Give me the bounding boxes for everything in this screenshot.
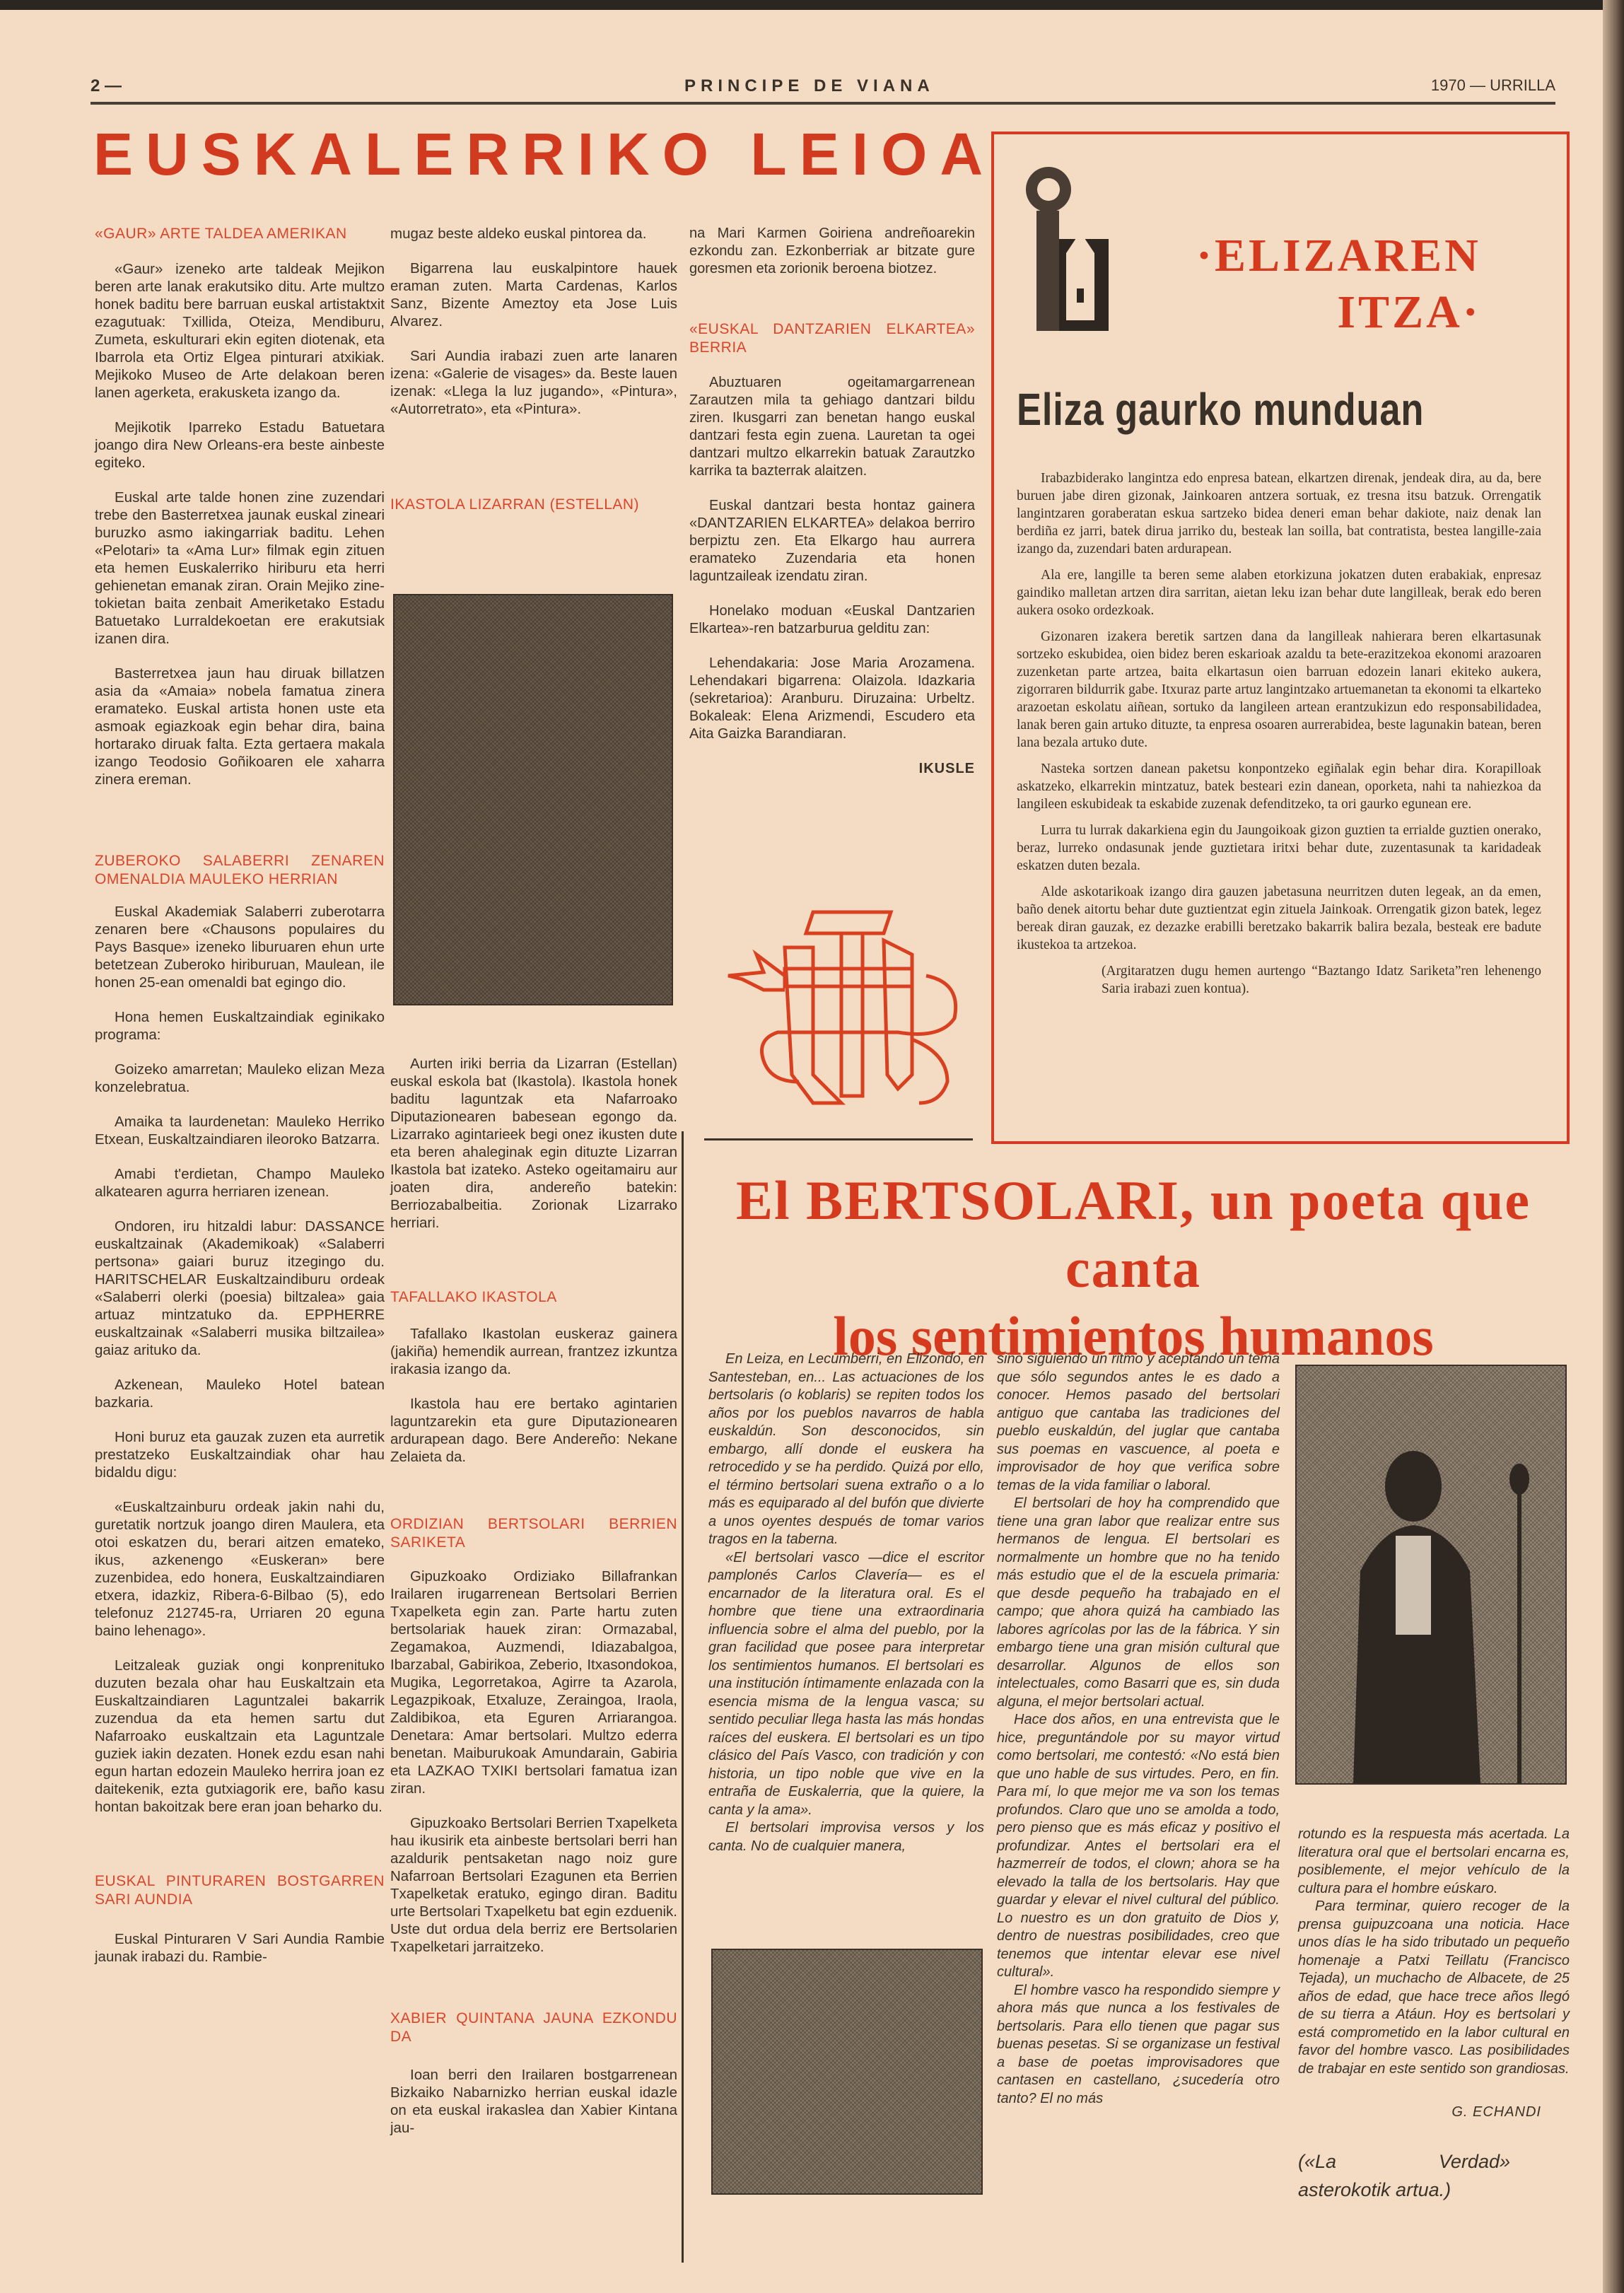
column-divider — [682, 1131, 684, 2263]
column-1: «GAUR» ARTE TALDEA AMERIKAN «Gaur» izene… — [95, 225, 385, 1983]
paragraph: El hombre vasco ha respondido siempre y … — [997, 1982, 1280, 2108]
paragraph: Tafallako Ikastolan euskeraz gainera (ja… — [390, 1325, 677, 1378]
kicker-line-1: ·ELIZAREN — [1196, 228, 1481, 284]
scan-right-edge — [1603, 0, 1624, 2293]
paragraph: Azkenean, Mauleko Hotel batean bazkaria. — [95, 1376, 385, 1411]
bertsolari-col-b: sino siguiendo un ritmo y aceptando un t… — [997, 1350, 1280, 2108]
paragraph: Euskal Pinturaren V Sari Aundia Rambie j… — [95, 1930, 385, 1966]
paragraph: Euskal arte talde honen zine zuzendari t… — [95, 489, 385, 648]
bertsolari-col-a: En Leiza, en Lecumberri, en Elizondo, en… — [708, 1350, 984, 1855]
source-note: (Argitaratzen dugu hemen aurtengo “Bazta… — [1017, 962, 1541, 998]
paragraph: Lurra tu lurrak dakarkiena egin du Jaung… — [1017, 822, 1541, 875]
paragraph: Ikastola hau ere bertako agintarien lagu… — [390, 1395, 677, 1466]
scan-top-edge — [0, 0, 1624, 10]
bertsolari-headline: El BERTSOLARI, un poeta que canta los se… — [699, 1167, 1568, 1370]
signature: IKUSLE — [689, 760, 975, 778]
paragraph: Nasteka sortzen danean paketsu konpontze… — [1017, 760, 1541, 813]
paragraph: Honi buruz eta gauzak zuzen eta aurretik… — [95, 1428, 385, 1481]
column-2-lower: Aurten iriki berria da Lizarran (Estella… — [390, 1055, 677, 2154]
paragraph: rotundo es la respuesta más acertada. La… — [1298, 1826, 1570, 1898]
bertsolari-figure-icon — [1297, 1366, 1565, 1783]
paragraph: Ioan berri den Irailaren bostgarrenean B… — [390, 2066, 677, 2137]
bertsolari-singing-photo — [1295, 1365, 1567, 1785]
author-signature: G. ECHANDI — [1298, 2104, 1570, 2122]
section-heading: ZUBEROKO SALABERRI ZENAREN OMENALDIA MAU… — [95, 852, 385, 889]
section-heading: XABIER QUINTANA JAUNA EZKONDU DA — [390, 2009, 677, 2046]
paragraph: Lehendakaria: Jose Maria Arozamena. Lehe… — [689, 655, 975, 743]
paragraph: En Leiza, en Lecumberri, en Elizondo, en… — [708, 1350, 984, 1549]
paragraph: Abuztuaren ogeitamargarrenean Zarautzen … — [689, 374, 975, 480]
paragraph: Bigarrena lau euskalpintore hauek eraman… — [390, 259, 677, 330]
paragraph: Mejikotik Iparreko Estadu Batuetara joan… — [95, 419, 385, 472]
paragraph: «El bertsolari vasco —dice el escritor p… — [708, 1549, 984, 1820]
header-divider — [90, 102, 1555, 105]
paragraph: sino siguiendo un ritmo y aceptando un t… — [997, 1350, 1280, 1495]
section-heading: «EUSKAL DANTZARIEN ELKARTEA» BERRIA — [689, 320, 975, 357]
paragraph: na Mari Karmen Goiriena andreñoarekin ez… — [689, 225, 975, 278]
paragraph: Leitzaleak guziak ongi konprenituko duzu… — [95, 1657, 385, 1816]
paragraph: Ala ere, langille ta beren seme alaben e… — [1017, 566, 1541, 619]
source-note: («La Verdad» asterokotik artua.) — [1298, 2147, 1510, 2204]
paragraph: Basterretxea jaun hau diruak billatzen a… — [95, 665, 385, 788]
headline-line-1: El BERTSOLARI, un poeta que canta — [699, 1167, 1568, 1302]
bertsolari-col-c: rotundo es la respuesta más acertada. La… — [1298, 1826, 1570, 2204]
section-heading: EUSKAL PINTURAREN BOSTGARREN SARI AUNDIA — [95, 1872, 385, 1909]
issue-date: 1970 — URRILLA — [1431, 76, 1555, 95]
paragraph: Goizeko amarretan; Mauleko elizan Meza k… — [95, 1061, 385, 1096]
paragraph: «Gaur» izeneko arte taldeak Mejikon bere… — [95, 260, 385, 402]
paragraph: Honelako moduan «Euskal Dantzarien Elkar… — [689, 602, 975, 638]
section-heading: IKASTOLA LIZARRAN (ESTELLAN) — [390, 496, 677, 514]
paragraph: Amaika ta laurdenetan: Mauleko Herriko E… — [95, 1113, 385, 1148]
page-number: 2 — — [90, 76, 122, 96]
paragraph: Gipuzkoako Bertsolari Berrien Txapelketa… — [390, 1814, 677, 1956]
paragraph: El bertsolari de hoy ha comprendido que … — [997, 1495, 1280, 1711]
paragraph: Sari Aundia irabazi zuen arte lanaren iz… — [390, 347, 677, 418]
elizaren-body: Irabazbiderako langintza edo enpresa bat… — [1017, 469, 1541, 1006]
paragraph: Euskal dantzari besta hontaz gainera «DA… — [689, 497, 975, 585]
emblem-divider — [704, 1138, 973, 1140]
ihs-monogram-icon — [714, 898, 983, 1110]
kicker-line-2: ITZA· — [1196, 284, 1481, 341]
elizaren-itza-kicker: ·ELIZAREN ITZA· — [1196, 228, 1481, 341]
paragraph: «Euskaltzainburu ordeak jakin nahi du, g… — [95, 1498, 385, 1640]
paragraph: Amabi t'erdietan, Champo Mauleko alkatea… — [95, 1165, 385, 1201]
column-3: na Mari Karmen Goiriena andreñoarekin ez… — [689, 225, 975, 795]
festival-crowd-photo — [711, 1949, 983, 2195]
section-heading: TAFALLAKO IKASTOLA — [390, 1288, 677, 1307]
paragraph: Para terminar, quiero recoger de la pren… — [1298, 1898, 1570, 2078]
church-letter-illustration-icon — [1017, 161, 1116, 338]
paragraph: Gipuzkoako Ordiziako Billafrankan Iraila… — [390, 1568, 677, 1797]
main-title: EUSKALERRIKO LEIOA — [93, 120, 995, 189]
paragraph: Hona hemen Euskaltzaindiak eginikako pro… — [95, 1008, 385, 1044]
paragraph: El bertsolari improvisa versos y los can… — [708, 1819, 984, 1855]
paragraph: Hace dos años, en una entrevista que le … — [997, 1711, 1280, 1982]
paragraph: mugaz beste aldeko euskal pintorea da. — [390, 225, 677, 243]
paragraph: Ondoren, iru hitzaldi labur: DASSANCE eu… — [95, 1218, 385, 1359]
section-heading: «GAUR» ARTE TALDEA AMERIKAN — [95, 225, 385, 243]
church-portal-photo — [393, 594, 673, 1005]
eliza-headline: Eliza gaurko munduan — [1017, 383, 1424, 436]
section-heading: ORDIZIAN BERTSOLARI BERRIEN SARIKETA — [390, 1515, 677, 1552]
paragraph: Euskal Akademiak Salaberri zuberotarra z… — [95, 903, 385, 991]
paragraph: Irabazbiderako langintza edo enpresa bat… — [1017, 469, 1541, 558]
masthead: PRINCIPE DE VIANA — [684, 76, 935, 96]
paragraph: Aurten iriki berria da Lizarran (Estella… — [390, 1055, 677, 1232]
page-header: 2 — PRINCIPE DE VIANA 1970 — URRILLA — [90, 76, 1555, 98]
paragraph: Alde askotarikoak izango dira gauzen jab… — [1017, 883, 1541, 954]
column-2: mugaz beste aldeko euskal pintorea da. B… — [390, 225, 677, 531]
paragraph: Gizonaren izakera beretik sartzen dana d… — [1017, 628, 1541, 752]
